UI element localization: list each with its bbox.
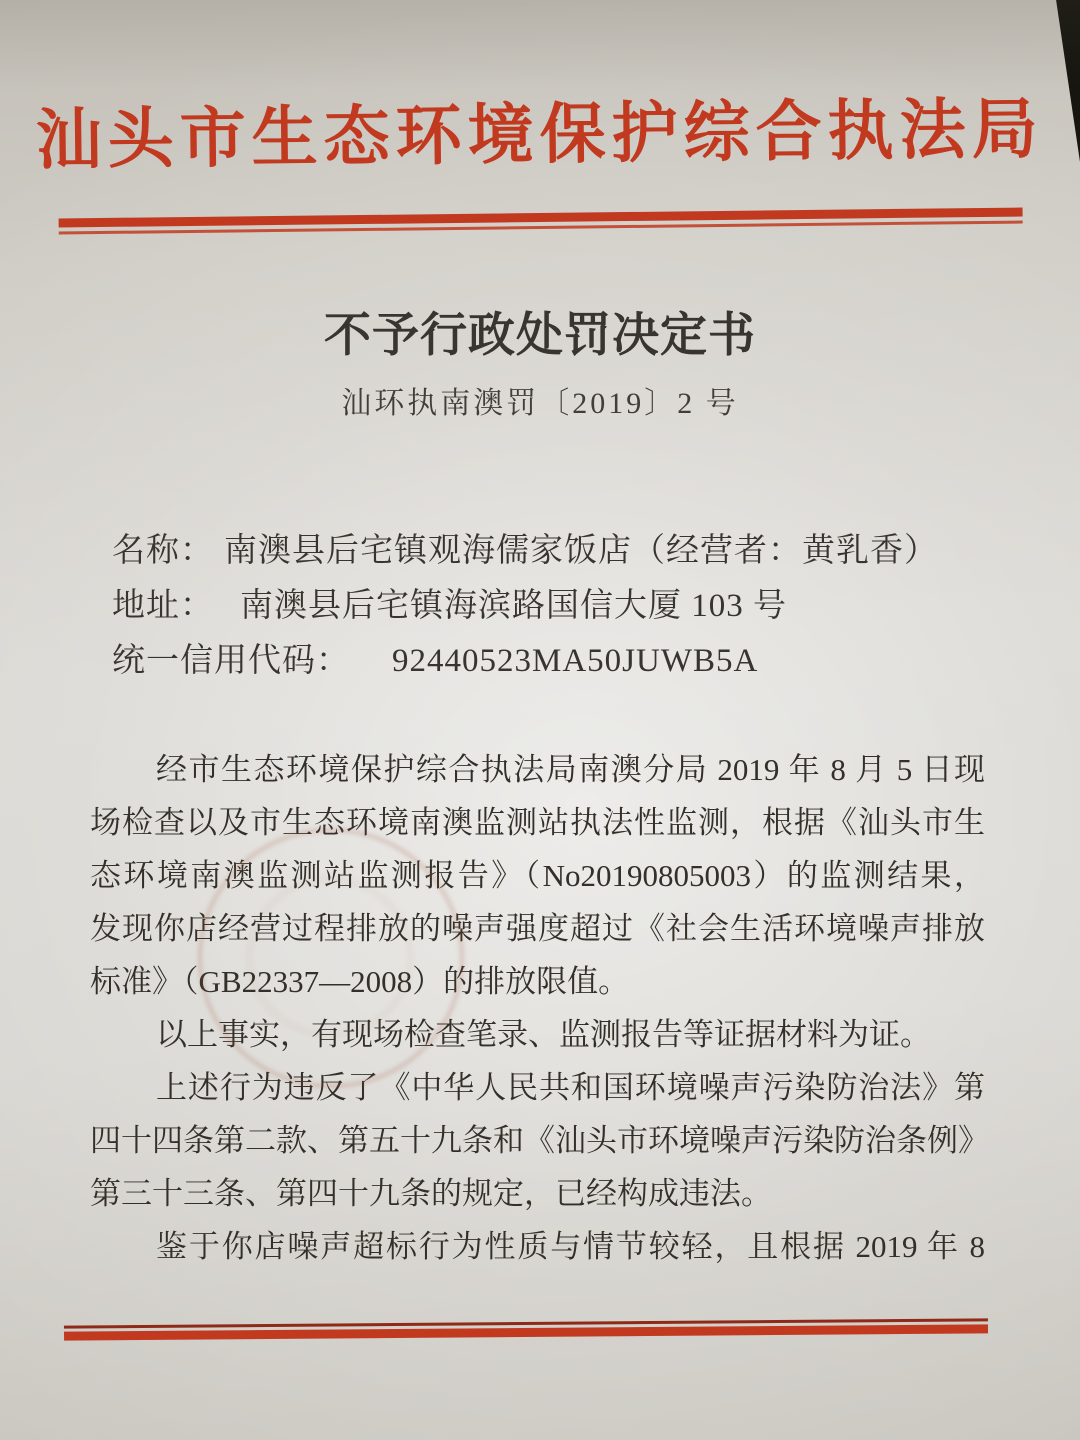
body-line: 四十四条第二款、第五十九条和《汕头市环境噪声污染防治条例》 — [90, 1114, 985, 1167]
letterhead-agency-title: 汕头市生态环境保护综合执法局 — [0, 94, 1080, 179]
body-line: 第三十三条、第四十九条的规定，已经构成违法。 — [90, 1167, 985, 1220]
recipient-address-label: 地址： — [112, 588, 214, 624]
recipient-credit-code-label: 统一信用代码： — [112, 643, 350, 679]
paper-sheet: 汕头市生态环境保护综合执法局 不予行政处罚决定书 汕环执南澳罚〔2019〕2 号… — [0, 0, 1080, 1440]
recipient-name-value: 南澳县后宅镇观海儒家饭店（经营者：黄乳香） — [224, 533, 938, 569]
seal-stamp-inner-ring-icon — [248, 878, 412, 1036]
document-photo: 汕头市生态环境保护综合执法局 不予行政处罚决定书 汕环执南澳罚〔2019〕2 号… — [0, 0, 1080, 1440]
recipient-address-line: 地址：南澳县后宅镇海滨路国信大厦 103 号 — [112, 579, 985, 634]
recipient-credit-code-value: 92440523MA50JUWB5A — [392, 643, 758, 679]
document-title: 不予行政处罚决定书 — [0, 311, 1080, 363]
letterhead-double-rule — [59, 207, 1023, 234]
body-line: 经市生态环境保护综合执法局南澳分局 2019 年 8 月 5 日现 — [90, 743, 985, 796]
body-paragraph: 鉴于你店噪声超标行为性质与情节较轻，且根据 2019 年 8 — [90, 1220, 985, 1273]
recipient-credit-code-line: 统一信用代码：92440523MA50JUWB5A — [112, 634, 985, 689]
letterhead: 汕头市生态环境保护综合执法局 — [0, 94, 1080, 235]
body-line: 鉴于你店噪声超标行为性质与情节较轻，且根据 2019 年 8 — [90, 1220, 985, 1273]
document-number: 汕环执南澳罚〔2019〕2 号 — [0, 378, 1080, 422]
body-line: 上述行为违反了《中华人民共和国环境噪声污染防治法》第 — [90, 1061, 985, 1114]
body-paragraph: 上述行为违反了《中华人民共和国环境噪声污染防治法》第四十四条第二款、第五十九条和… — [90, 1061, 985, 1220]
recipient-info: 名称：南澳县后宅镇观海儒家饭店（经营者：黄乳香） 地址：南澳县后宅镇海滨路国信大… — [112, 524, 985, 689]
recipient-name-line: 名称：南澳县后宅镇观海儒家饭店（经营者：黄乳香） — [112, 524, 985, 579]
recipient-name-label: 名称： — [112, 533, 214, 569]
recipient-address-value: 南澳县后宅镇海滨路国信大厦 103 号 — [240, 588, 787, 624]
body-line: 场检查以及市生态环境南澳监测站执法性监测，根据《汕头市生 — [90, 796, 985, 849]
footer-rule — [64, 1318, 988, 1340]
